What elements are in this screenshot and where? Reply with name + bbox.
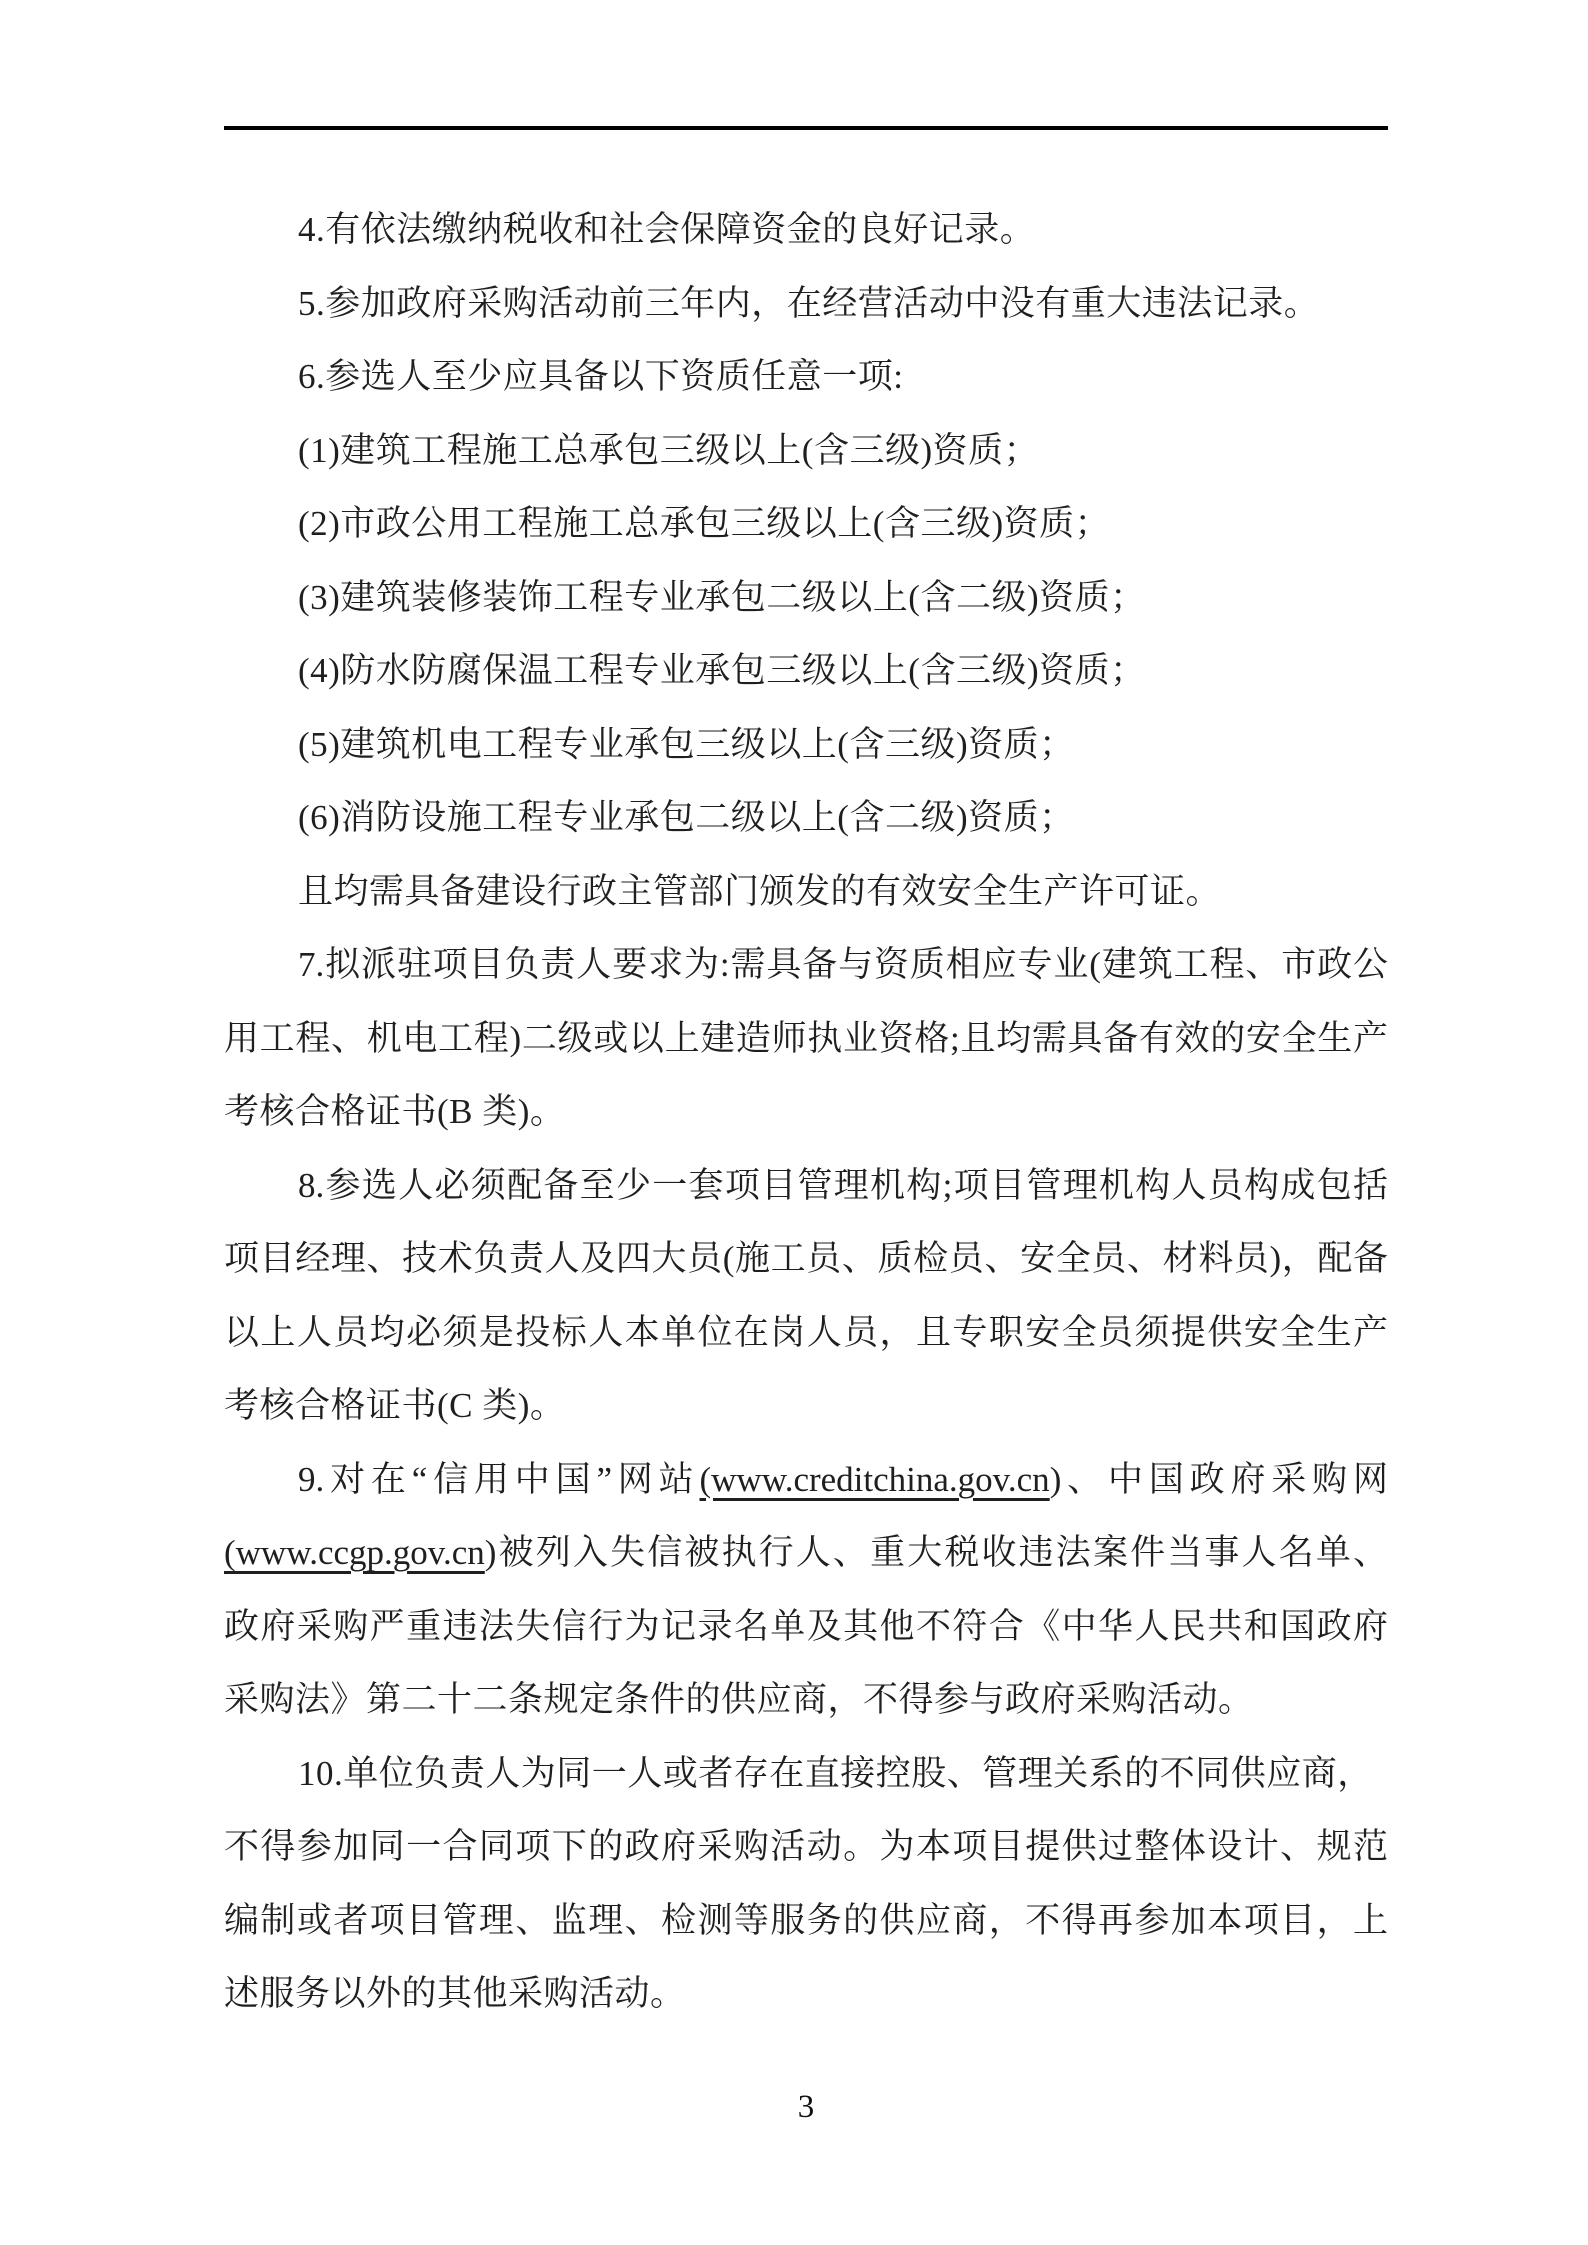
qualification-item-2: (2)市政公用工程施工总承包三级以上(含三级)资质；: [224, 487, 1388, 561]
clause-7-line-2: 用工程、机电工程)二级或以上建造师执业资格;且均需具备有效的安全生产: [224, 1002, 1388, 1076]
clause-10-line-1: 10.单位负责人为同一人或者存在直接控股、管理关系的不同供应商，: [224, 1737, 1388, 1811]
clause-8-line-3: 以上人员均必须是投标人本单位在岗人员，且专职安全员须提供安全生产: [224, 1296, 1388, 1370]
clause-8-line-2: 项目经理、技术负责人及四大员(施工员、质检员、安全员、材料员)，配备: [224, 1222, 1388, 1296]
clause-8-line-1: 8.参选人必须配备至少一套项目管理机构;项目管理机构人员构成包括: [224, 1149, 1388, 1223]
clause-6-line: 6.参选人至少应具备以下资质任意一项:: [224, 340, 1388, 414]
page-number: 3: [224, 2074, 1388, 2140]
clause-8-line-4: 考核合格证书(C 类)。: [224, 1369, 1388, 1443]
clause-4-line: 4.有依法缴纳税收和社会保障资金的良好记录。: [224, 193, 1388, 267]
clause-9-line-4: 采购法》第二十二条规定条件的供应商，不得参与政府采购活动。: [224, 1663, 1388, 1737]
document-body: 4.有依法缴纳税收和社会保障资金的良好记录。 5.参加政府采购活动前三年内，在经…: [224, 193, 1388, 2031]
clause-9-text-after-link: )、中国政府采购网: [1050, 1460, 1388, 1499]
qualification-item-4: (4)防水防腐保温工程专业承包三级以上(含三级)资质；: [224, 634, 1388, 708]
creditchina-link[interactable]: (www.creditchina.gov.cn: [699, 1460, 1049, 1499]
clause-10-line-2: 不得参加同一合同项下的政府采购活动。为本项目提供过整体设计、规范: [224, 1810, 1388, 1884]
clause-9-line-1: 9.对在“信用中国”网站(www.creditchina.gov.cn)、中国政…: [224, 1443, 1388, 1517]
clause-9-line-2: (www.ccgp.gov.cn)被列入失信被执行人、重大税收违法案件当事人名单…: [224, 1516, 1388, 1590]
clause-7-line-1: 7.拟派驻项目负责人要求为:需具备与资质相应专业(建筑工程、市政公: [224, 928, 1388, 1002]
clause-10-line-4: 述服务以外的其他采购活动。: [224, 1957, 1388, 2031]
document-page: 4.有依法缴纳税收和社会保障资金的良好记录。 5.参加政府采购活动前三年内，在经…: [0, 0, 1588, 2245]
clause-7-line-3: 考核合格证书(B 类)。: [224, 1075, 1388, 1149]
ccgp-link[interactable]: (www.ccgp.gov.cn: [224, 1533, 485, 1572]
qualification-item-1: (1)建筑工程施工总承包三级以上(含三级)资质；: [224, 414, 1388, 488]
qualification-item-3: (3)建筑装修装饰工程专业承包二级以上(含二级)资质；: [224, 561, 1388, 635]
clause-5-line: 5.参加政府采购活动前三年内，在经营活动中没有重大违法记录。: [224, 267, 1388, 341]
clause-9-line-2-text: )被列入失信被执行人、重大税收违法案件当事人名单、: [485, 1533, 1388, 1572]
qualification-item-6: (6)消防设施工程专业承包二级以上(含二级)资质；: [224, 781, 1388, 855]
clause-9-line-3: 政府采购严重违法失信行为记录名单及其他不符合《中华人民共和国政府: [224, 1590, 1388, 1664]
clause-9-text-before-link: 9.对在“信用中国”网站: [298, 1460, 699, 1499]
qualification-item-5: (5)建筑机电工程专业承包三级以上(含三级)资质；: [224, 708, 1388, 782]
safety-license-note: 且均需具备建设行政主管部门颁发的有效安全生产许可证。: [224, 855, 1388, 929]
clause-10-line-3: 编制或者项目管理、监理、检测等服务的供应商，不得再参加本项目，上: [224, 1884, 1388, 1958]
header-rule: [224, 126, 1388, 130]
